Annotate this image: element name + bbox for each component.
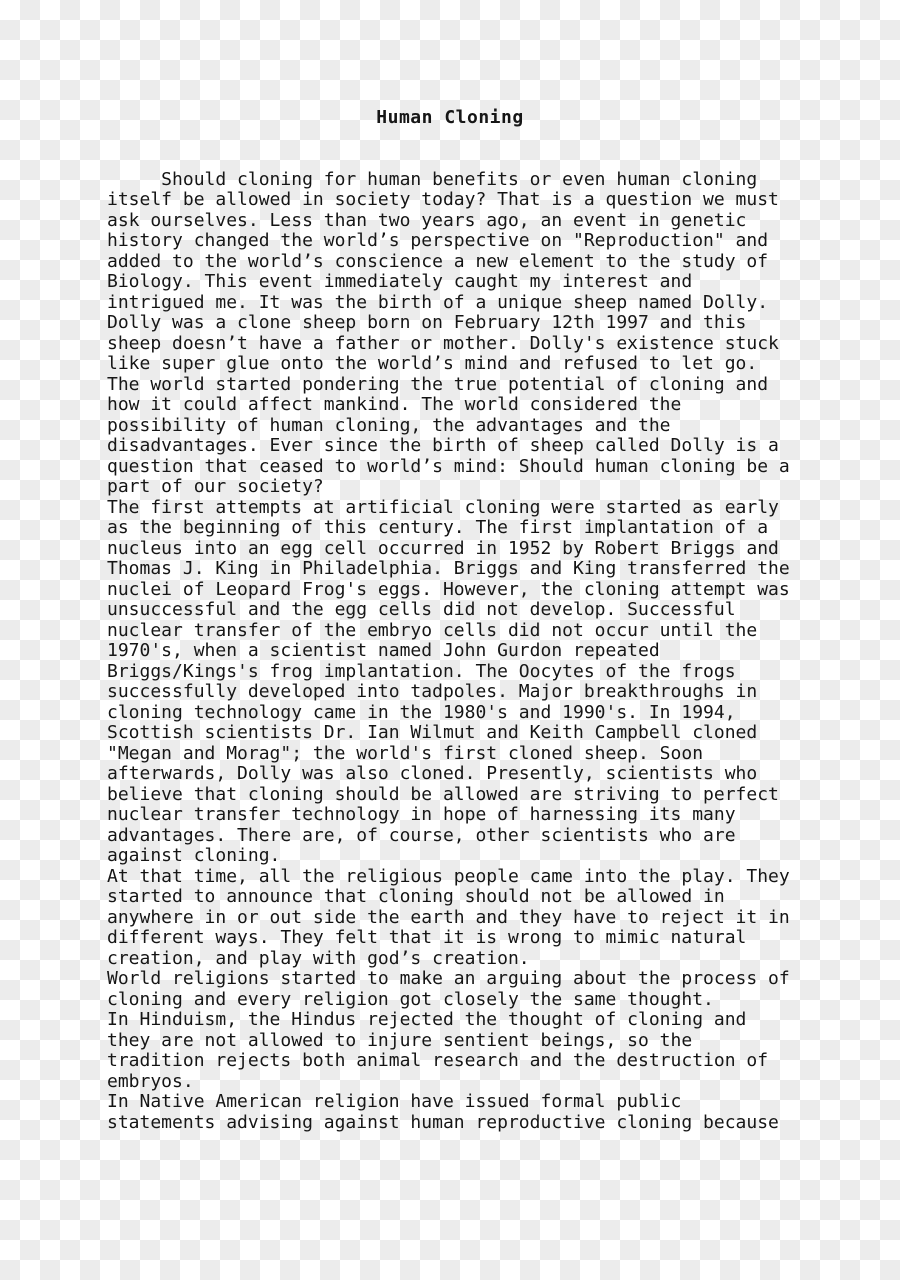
document-page: Human Cloning Should cloning for human b… (0, 0, 900, 1280)
document-title: Human Cloning (0, 108, 900, 129)
essay-body-text: Should cloning for human benefits or eve… (107, 170, 900, 1134)
